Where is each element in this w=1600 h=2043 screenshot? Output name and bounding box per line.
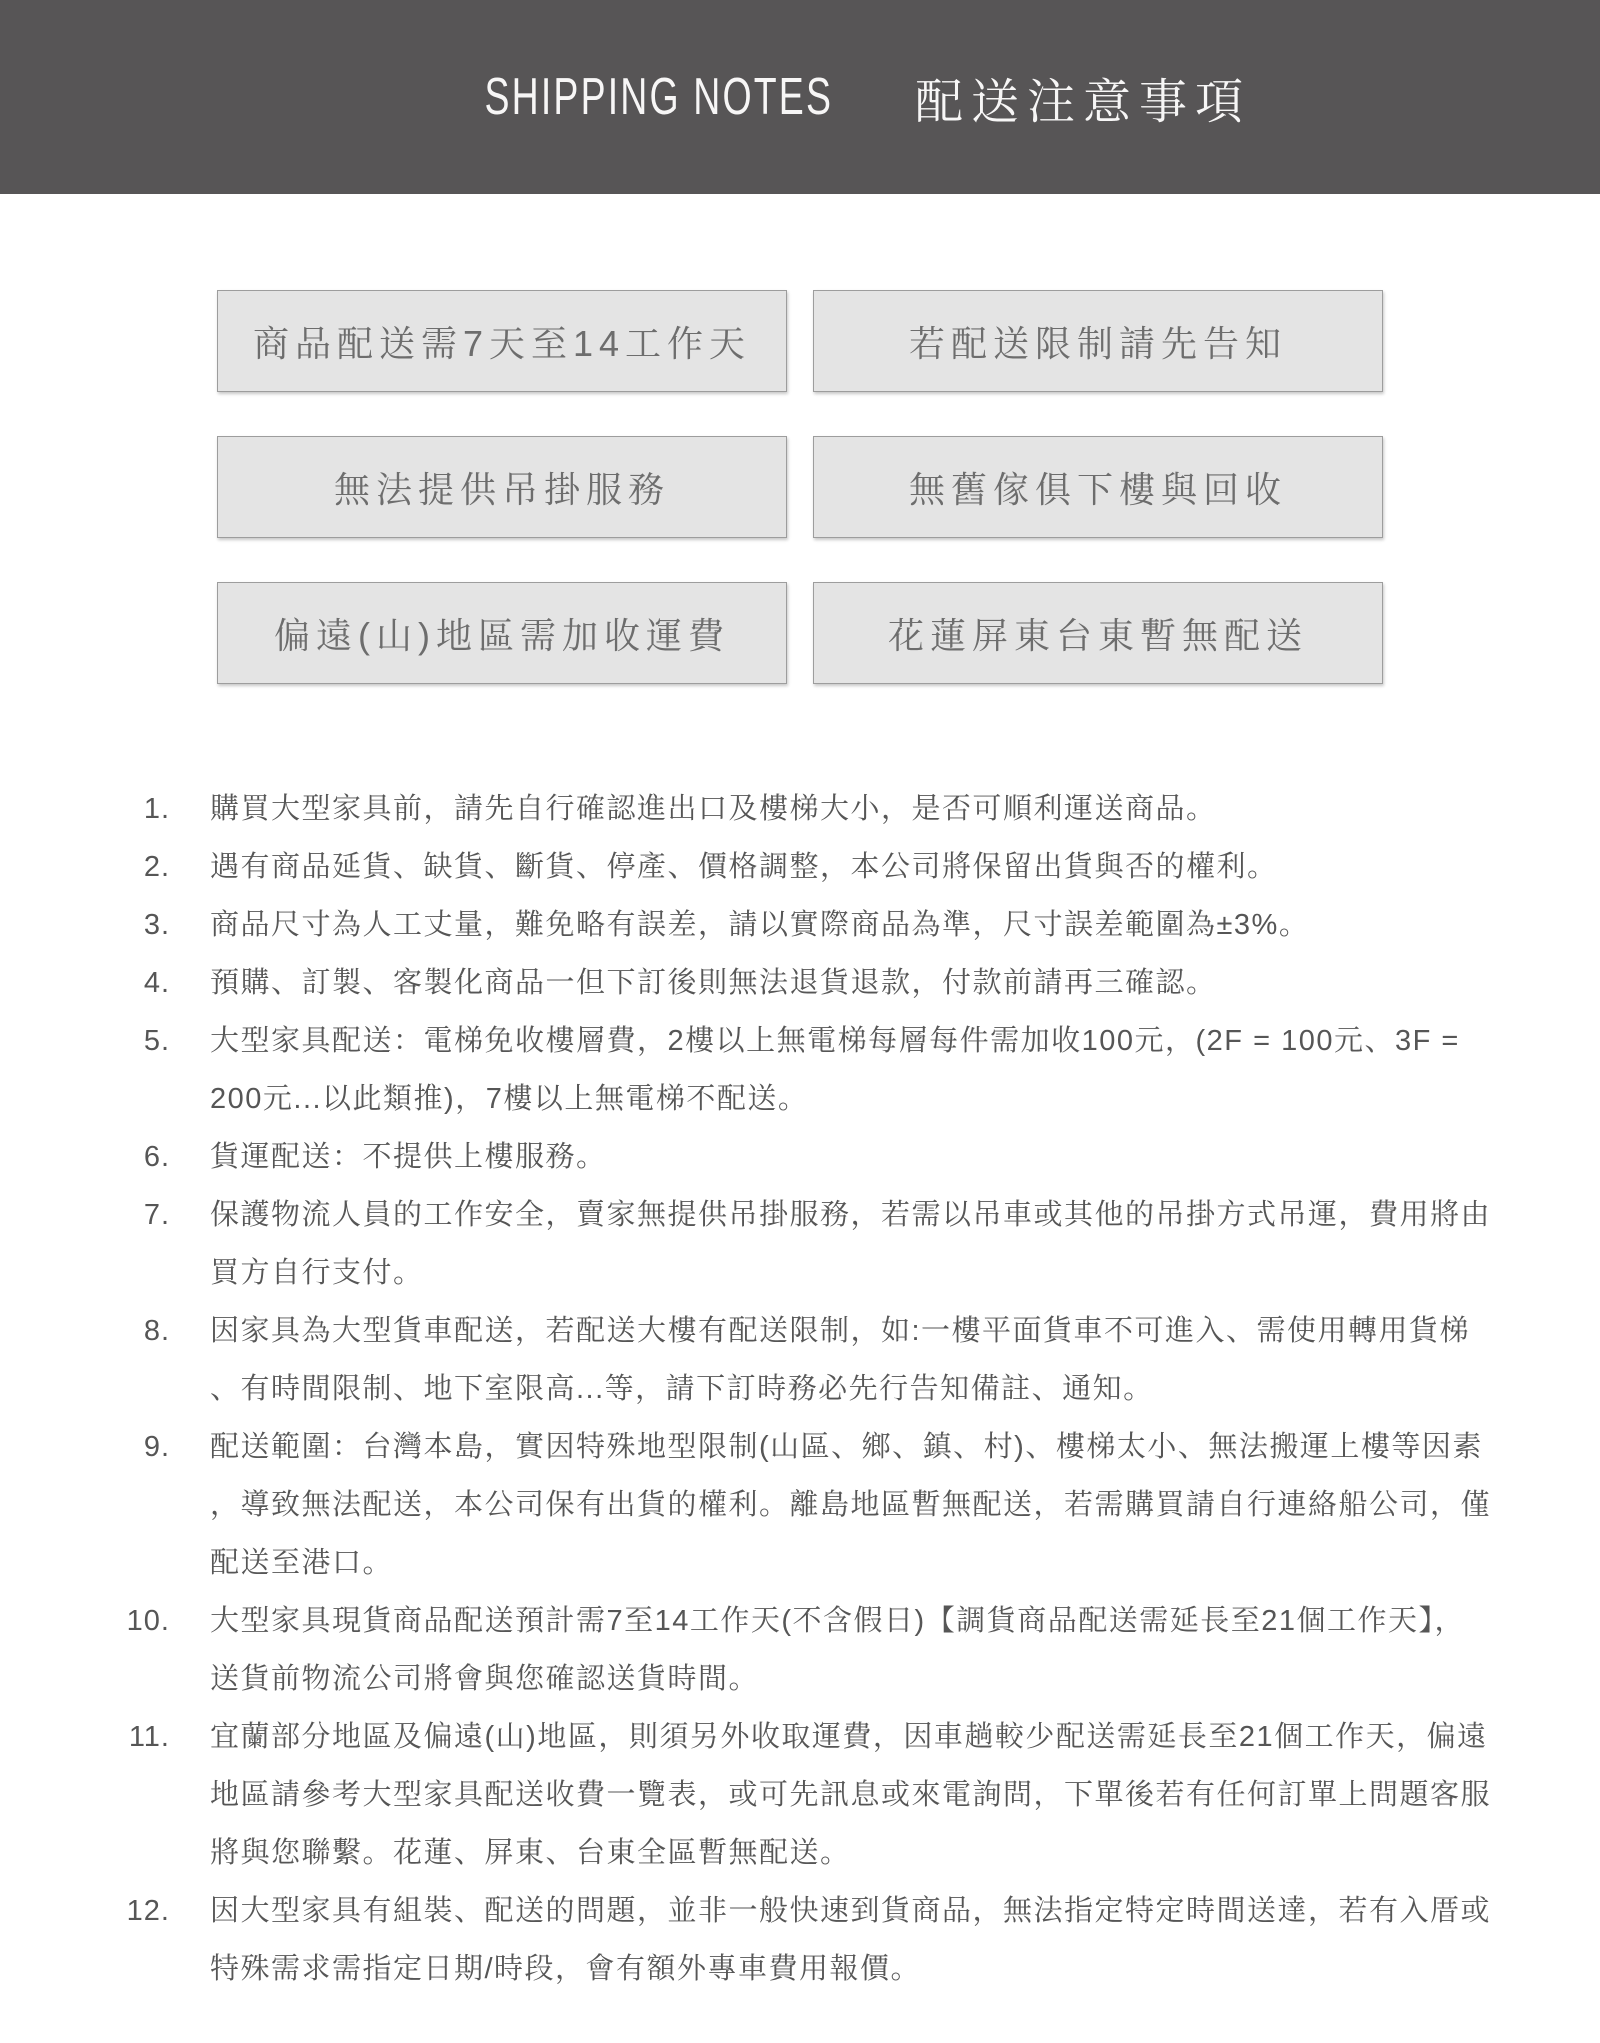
note-text: 因家具為大型貨車配送，若配送大樓有配送限制，如:一樓平面貨車不可進入、需使用轉用…	[210, 1302, 1470, 1418]
note-item-1: 1. 購買大型家具前，請先自行確認進出口及樓梯大小，是否可順利運送商品。	[120, 780, 1510, 838]
note-number: 10.	[120, 1592, 170, 1650]
note-text: 貨運配送：不提供上樓服務。	[210, 1128, 607, 1186]
notice-box-label: 無舊傢俱下樓與回收	[909, 462, 1287, 513]
notice-box-label: 無法提供吊掛服務	[334, 462, 670, 513]
note-number: 2.	[120, 838, 170, 896]
note-line: 地區請參考大型家具配送收費一覽表，或可先訊息或來電詢問，下單後若有任何訂單上問題…	[210, 1766, 1491, 1824]
note-line: 保護物流人員的工作安全，賣家無提供吊掛服務，若需以吊車或其他的吊掛方式吊運，費用…	[210, 1186, 1491, 1244]
note-item-9: 9. 配送範圍：台灣本島，實因特殊地型限制(山區、鄉、鎮、村)、樓梯太小、無法搬…	[120, 1418, 1510, 1592]
notice-box-delivery-time: 商品配送需7天至14工作天	[217, 290, 787, 392]
note-number: 7.	[120, 1186, 170, 1244]
note-text: 商品尺寸為人工丈量，難免略有誤差，請以實際商品為準，尺寸誤差範圍為±3%。	[210, 896, 1309, 954]
note-text: 宜蘭部分地區及偏遠(山)地區，則須另外收取運費，因車趟較少配送需延長至21個工作…	[210, 1708, 1491, 1882]
note-line: 因大型家具有組裝、配送的問題，並非一般快速到貨商品，無法指定特定時間送達，若有入…	[210, 1882, 1491, 1940]
shipping-notes-list: 1. 購買大型家具前，請先自行確認進出口及樓梯大小，是否可順利運送商品。 2. …	[0, 780, 1600, 1998]
note-text: 遇有商品延貨、缺貨、斷貨、停產、價格調整，本公司將保留出貨與否的權利。	[210, 838, 1278, 896]
note-text: 配送範圍：台灣本島，實因特殊地型限制(山區、鄉、鎮、村)、樓梯太小、無法搬運上樓…	[210, 1418, 1491, 1592]
page-header: SHIPPING NOTES 配送注意事項	[0, 0, 1600, 194]
note-number: 1.	[120, 780, 170, 838]
note-item-10: 10. 大型家具現貨商品配送預計需7至14工作天(不含假日)【調貨商品配送需延長…	[120, 1592, 1510, 1708]
note-item-12: 12. 因大型家具有組裝、配送的問題，並非一般快速到貨商品，無法指定特定時間送達…	[120, 1882, 1510, 1998]
note-line: 配送範圍：台灣本島，實因特殊地型限制(山區、鄉、鎮、村)、樓梯太小、無法搬運上樓…	[210, 1418, 1491, 1476]
notice-box-remote-fee: 偏遠(山)地區需加收運費	[217, 582, 787, 684]
note-number: 3.	[120, 896, 170, 954]
note-line: 、有時間限制、地下室限高...等，請下訂時務必先行告知備註、通知。	[210, 1360, 1470, 1418]
note-line: 遇有商品延貨、缺貨、斷貨、停產、價格調整，本公司將保留出貨與否的權利。	[210, 838, 1278, 896]
note-item-6: 6. 貨運配送：不提供上樓服務。	[120, 1128, 1510, 1186]
note-text: 因大型家具有組裝、配送的問題，並非一般快速到貨商品，無法指定特定時間送達，若有入…	[210, 1882, 1491, 1998]
note-item-8: 8. 因家具為大型貨車配送，若配送大樓有配送限制，如:一樓平面貨車不可進入、需使…	[120, 1302, 1510, 1418]
notice-box-no-hoisting: 無法提供吊掛服務	[217, 436, 787, 538]
note-line: 配送至港口。	[210, 1534, 1491, 1592]
note-line: 大型家具現貨商品配送預計需7至14工作天(不含假日)【調貨商品配送需延長至21個…	[210, 1592, 1465, 1650]
shipping-notes-page: SHIPPING NOTES 配送注意事項 商品配送需7天至14工作天 若配送限…	[0, 0, 1600, 1998]
note-number: 12.	[120, 1882, 170, 1940]
note-item-2: 2. 遇有商品延貨、缺貨、斷貨、停產、價格調整，本公司將保留出貨與否的權利。	[120, 838, 1510, 896]
notice-box-label: 商品配送需7天至14工作天	[253, 316, 751, 367]
note-line: 預購、訂製、客製化商品一但下訂後則無法退貨退款，付款前請再三確認。	[210, 954, 1217, 1012]
notice-box-grid: 商品配送需7天至14工作天 若配送限制請先告知 無法提供吊掛服務 無舊傢俱下樓與…	[217, 290, 1383, 684]
note-text: 預購、訂製、客製化商品一但下訂後則無法退貨退款，付款前請再三確認。	[210, 954, 1217, 1012]
page-title-chinese: 配送注意事項	[915, 63, 1251, 132]
note-number: 4.	[120, 954, 170, 1012]
note-text: 大型家具配送：電梯免收樓層費，2樓以上無電梯每層每件需加收100元，(2F = …	[210, 1012, 1460, 1128]
note-number: 11.	[120, 1708, 170, 1766]
page-title-english: SHIPPING NOTES	[484, 67, 833, 127]
note-line: 貨運配送：不提供上樓服務。	[210, 1128, 607, 1186]
notice-box-label: 偏遠(山)地區需加收運費	[274, 608, 730, 659]
note-line: 購買大型家具前，請先自行確認進出口及樓梯大小，是否可順利運送商品。	[210, 780, 1217, 838]
note-line: 商品尺寸為人工丈量，難免略有誤差，請以實際商品為準，尺寸誤差範圍為±3%。	[210, 896, 1309, 954]
note-text: 保護物流人員的工作安全，賣家無提供吊掛服務，若需以吊車或其他的吊掛方式吊運，費用…	[210, 1186, 1491, 1302]
notice-box-label: 若配送限制請先告知	[909, 316, 1287, 367]
note-line: ，導致無法配送，本公司保有出貨的權利。離島地區暫無配送，若需購買請自行連絡船公司…	[210, 1476, 1491, 1534]
note-text: 購買大型家具前，請先自行確認進出口及樓梯大小，是否可順利運送商品。	[210, 780, 1217, 838]
note-line: 宜蘭部分地區及偏遠(山)地區，則須另外收取運費，因車趟較少配送需延長至21個工作…	[210, 1708, 1491, 1766]
note-line: 大型家具配送：電梯免收樓層費，2樓以上無電梯每層每件需加收100元，(2F = …	[210, 1012, 1460, 1070]
notice-box-restrictions: 若配送限制請先告知	[813, 290, 1383, 392]
note-number: 9.	[120, 1418, 170, 1476]
note-number: 6.	[120, 1128, 170, 1186]
note-item-7: 7. 保護物流人員的工作安全，賣家無提供吊掛服務，若需以吊車或其他的吊掛方式吊運…	[120, 1186, 1510, 1302]
notice-box-no-removal: 無舊傢俱下樓與回收	[813, 436, 1383, 538]
note-item-5: 5. 大型家具配送：電梯免收樓層費，2樓以上無電梯每層每件需加收100元，(2F…	[120, 1012, 1510, 1128]
note-line: 買方自行支付。	[210, 1244, 1491, 1302]
note-line: 送貨前物流公司將會與您確認送貨時間。	[210, 1650, 1465, 1708]
note-line: 200元...以此類推)，7樓以上無電梯不配送。	[210, 1070, 1460, 1128]
note-number: 8.	[120, 1302, 170, 1360]
note-line: 將與您聯繫。花蓮、屏東、台東全區暫無配送。	[210, 1824, 1491, 1882]
notice-box-no-east-delivery: 花蓮屏東台東暫無配送	[813, 582, 1383, 684]
note-line: 特殊需求需指定日期/時段，會有額外專車費用報價。	[210, 1940, 1491, 1998]
note-item-3: 3. 商品尺寸為人工丈量，難免略有誤差，請以實際商品為準，尺寸誤差範圍為±3%。	[120, 896, 1510, 954]
note-item-11: 11. 宜蘭部分地區及偏遠(山)地區，則須另外收取運費，因車趟較少配送需延長至2…	[120, 1708, 1510, 1882]
notice-box-label: 花蓮屏東台東暫無配送	[888, 608, 1308, 659]
note-line: 因家具為大型貨車配送，若配送大樓有配送限制，如:一樓平面貨車不可進入、需使用轉用…	[210, 1302, 1470, 1360]
note-number: 5.	[120, 1012, 170, 1070]
note-text: 大型家具現貨商品配送預計需7至14工作天(不含假日)【調貨商品配送需延長至21個…	[210, 1592, 1465, 1708]
page-title: SHIPPING NOTES 配送注意事項	[349, 63, 1251, 132]
note-item-4: 4. 預購、訂製、客製化商品一但下訂後則無法退貨退款，付款前請再三確認。	[120, 954, 1510, 1012]
